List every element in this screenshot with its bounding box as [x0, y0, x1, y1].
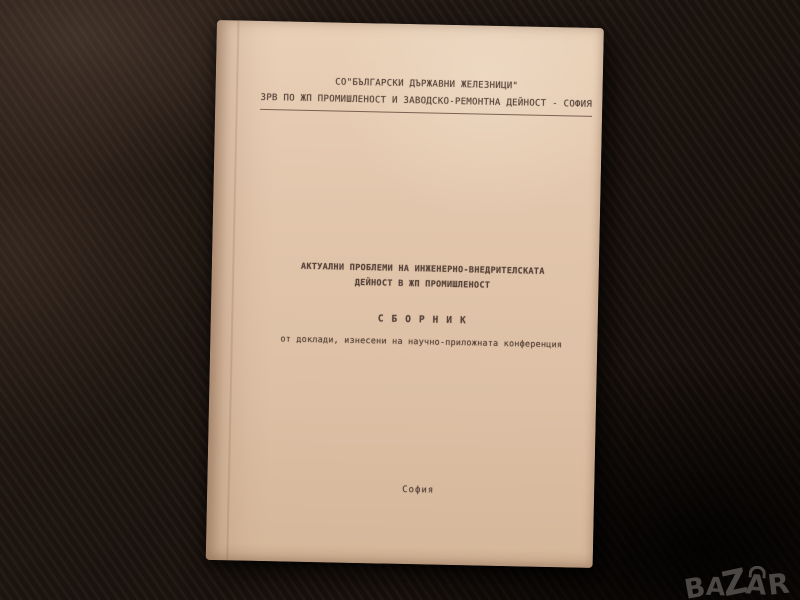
watermark-letter-r: R: [766, 570, 790, 598]
bazar-watermark-logo: B A Z A R: [683, 546, 790, 600]
photo-background: СО"БЪЛГАРСКИ ДЪРЖАВНИ ЖЕЛЕЗНИЦИ" ЗРВ ПО …: [0, 0, 800, 600]
watermark-bag-letter: A: [745, 573, 767, 598]
watermark-letter-b: B: [683, 575, 708, 600]
watermark-letter-a2: A: [744, 573, 767, 599]
book-title: АКТУАЛНИ ПРОБЛЕМИ НА ИНЖЕНЕРНО-ВНЕДРИТЕЛ…: [247, 259, 598, 296]
book-description: от доклади, изнесени на научно-приложнат…: [246, 334, 596, 351]
city-label: София: [243, 482, 593, 499]
book-cover: СО"БЪЛГАРСКИ ДЪРЖАВНИ ЖЕЛЕЗНИЦИ" ЗРВ ПО …: [206, 20, 604, 568]
book-subtitle: СБОРНИК: [251, 311, 601, 329]
publisher-header: СО"БЪЛГАРСКИ ДЪРЖАВНИ ЖЕЛЕЗНИЦИ" ЗРВ ПО …: [251, 73, 602, 117]
